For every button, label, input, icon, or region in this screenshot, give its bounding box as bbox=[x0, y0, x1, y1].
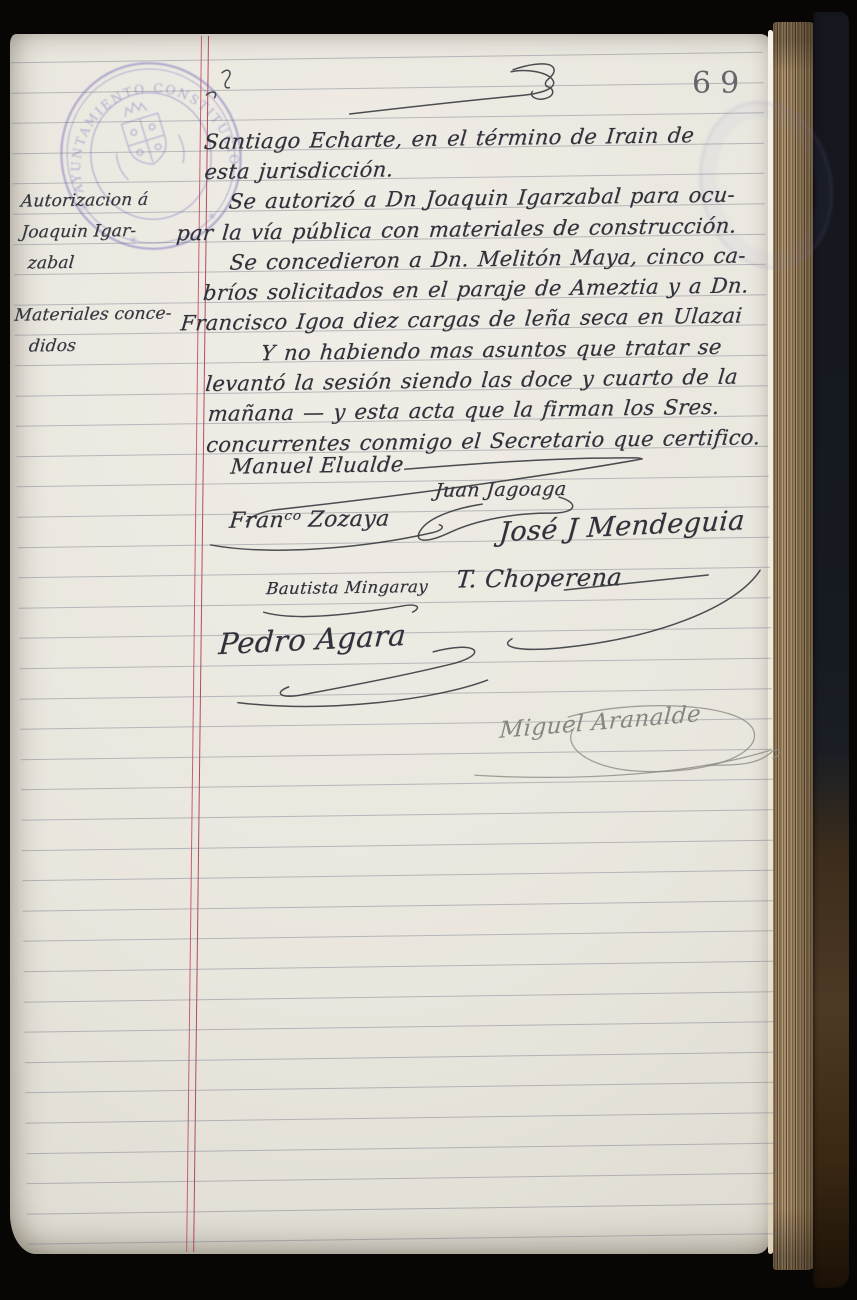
margin-note-line: didos bbox=[28, 336, 77, 357]
margin-note-line: zabal bbox=[27, 253, 75, 274]
page-content: Autorizacion á Joaquin Igar- zabal Mater… bbox=[0, 0, 857, 1300]
signature: Bautista Mingaray bbox=[265, 577, 428, 598]
signature: T. Choperena bbox=[455, 563, 623, 593]
margin-note-line: Autorizacion á bbox=[20, 190, 149, 212]
body-text-line: esta jurisdicción. bbox=[203, 157, 394, 184]
signature: Juan Jagoaga bbox=[434, 478, 568, 502]
signature: Manuel Elualde bbox=[229, 452, 404, 478]
margin-note-line: Materiales conce- bbox=[14, 303, 173, 325]
signature: Franᶜᵒ Zozaya bbox=[228, 506, 391, 533]
margin-note-line: Joaquin Igar- bbox=[20, 221, 137, 243]
